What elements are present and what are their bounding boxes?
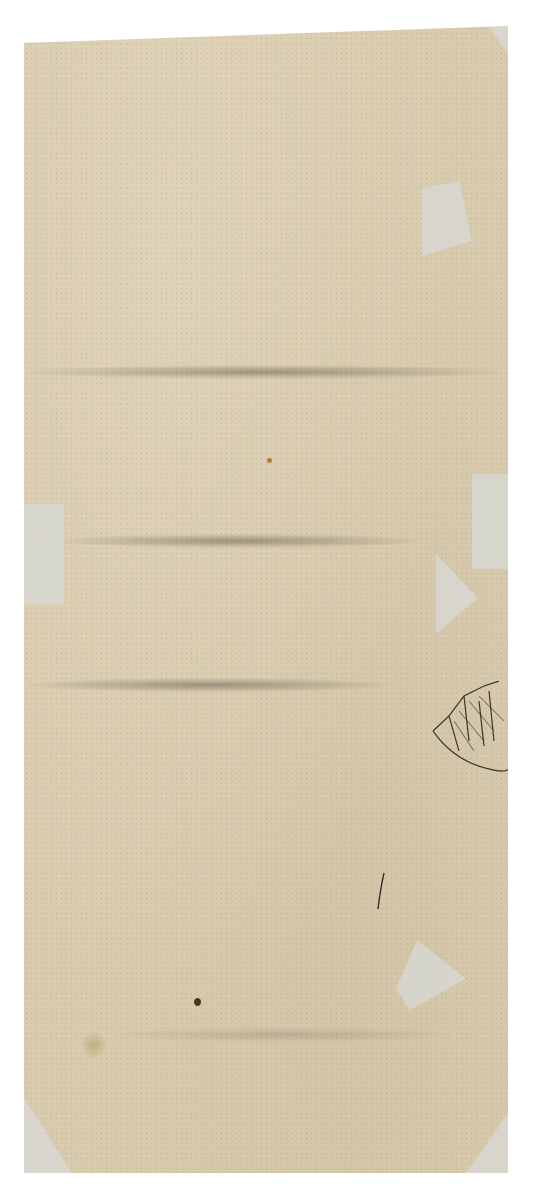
tape-right-edge (472, 474, 508, 569)
faint-smudge-line (114, 1028, 454, 1042)
ink-dot (194, 998, 201, 1006)
paper-sheet (24, 26, 508, 1173)
charcoal-smudge-line (29, 365, 499, 379)
charcoal-smudge-line (59, 534, 419, 548)
pencil-sketch-fragment (429, 681, 509, 791)
tape-left-edge (24, 504, 64, 604)
stain-spot (80, 1031, 108, 1059)
charcoal-smudge-line (29, 678, 389, 692)
pencil-stroke (374, 871, 386, 911)
rust-spot (267, 458, 272, 463)
